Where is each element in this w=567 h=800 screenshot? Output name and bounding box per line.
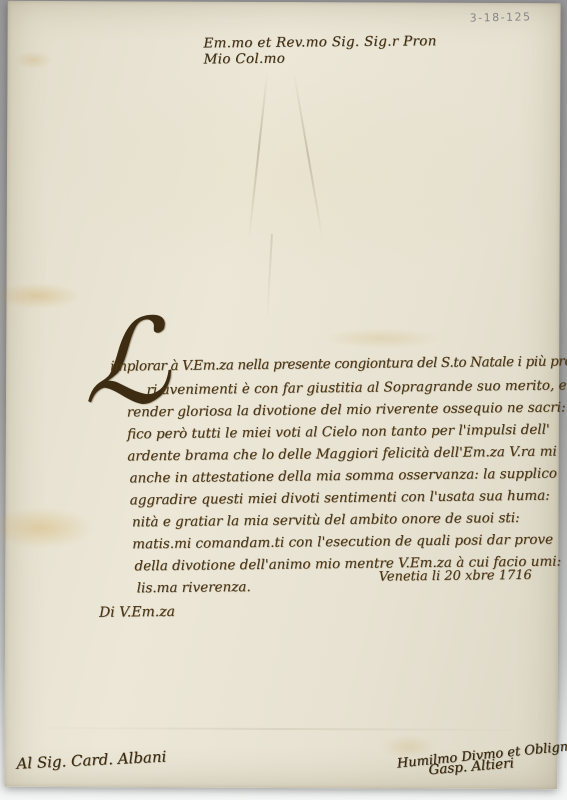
stain	[0, 283, 80, 309]
address-annotation: Al Sig. Card. Albani	[16, 748, 167, 773]
valediction: Di V.Em.za	[99, 604, 175, 621]
dateline: Venetia li 20 xbre 1716	[379, 568, 532, 585]
archive-number: 3-18-125	[470, 10, 532, 24]
body-line: nità e gratiar la mia servitù del ambito…	[132, 510, 520, 530]
letter-paper: 3-18-125 Em.mo et Rev.mo Sig. Sig.r Pron…	[4, 1, 560, 789]
body-line: fico però tutti le miei voti al Cielo no…	[127, 422, 550, 443]
body-line: anche in attestatione della mia somma os…	[129, 466, 557, 487]
body-line: ardente brama che lo delle Maggiori feli…	[127, 444, 557, 465]
body-line: lis.ma riverenza.	[137, 579, 251, 596]
stain	[324, 328, 440, 349]
letter-body: implorar à V.Em.za nella presente congio…	[88, 348, 565, 623]
salutation: Em.mo et Rev.mo Sig. Sig.r Pron Mio Col.…	[203, 33, 463, 67]
stain	[0, 507, 94, 549]
fold-crease	[266, 234, 273, 320]
stain	[13, 51, 53, 69]
fold-crease	[293, 71, 324, 239]
body-line: render gloriosa la divotione del mio riv…	[127, 399, 566, 420]
body-line: ri avenimenti è con far giustitia al Sop…	[146, 377, 566, 398]
fold-crease	[25, 727, 535, 731]
body-line: implorar à V.Em.za nella presente congio…	[110, 353, 567, 375]
body-line: matis.mi comandam.ti con l'esecution de …	[132, 532, 553, 553]
body-line: aggradire questi miei divoti sentimenti …	[130, 488, 550, 509]
photo-background: 3-18-125 Em.mo et Rev.mo Sig. Sig.r Pron…	[0, 0, 567, 800]
fold-crease	[248, 72, 268, 239]
